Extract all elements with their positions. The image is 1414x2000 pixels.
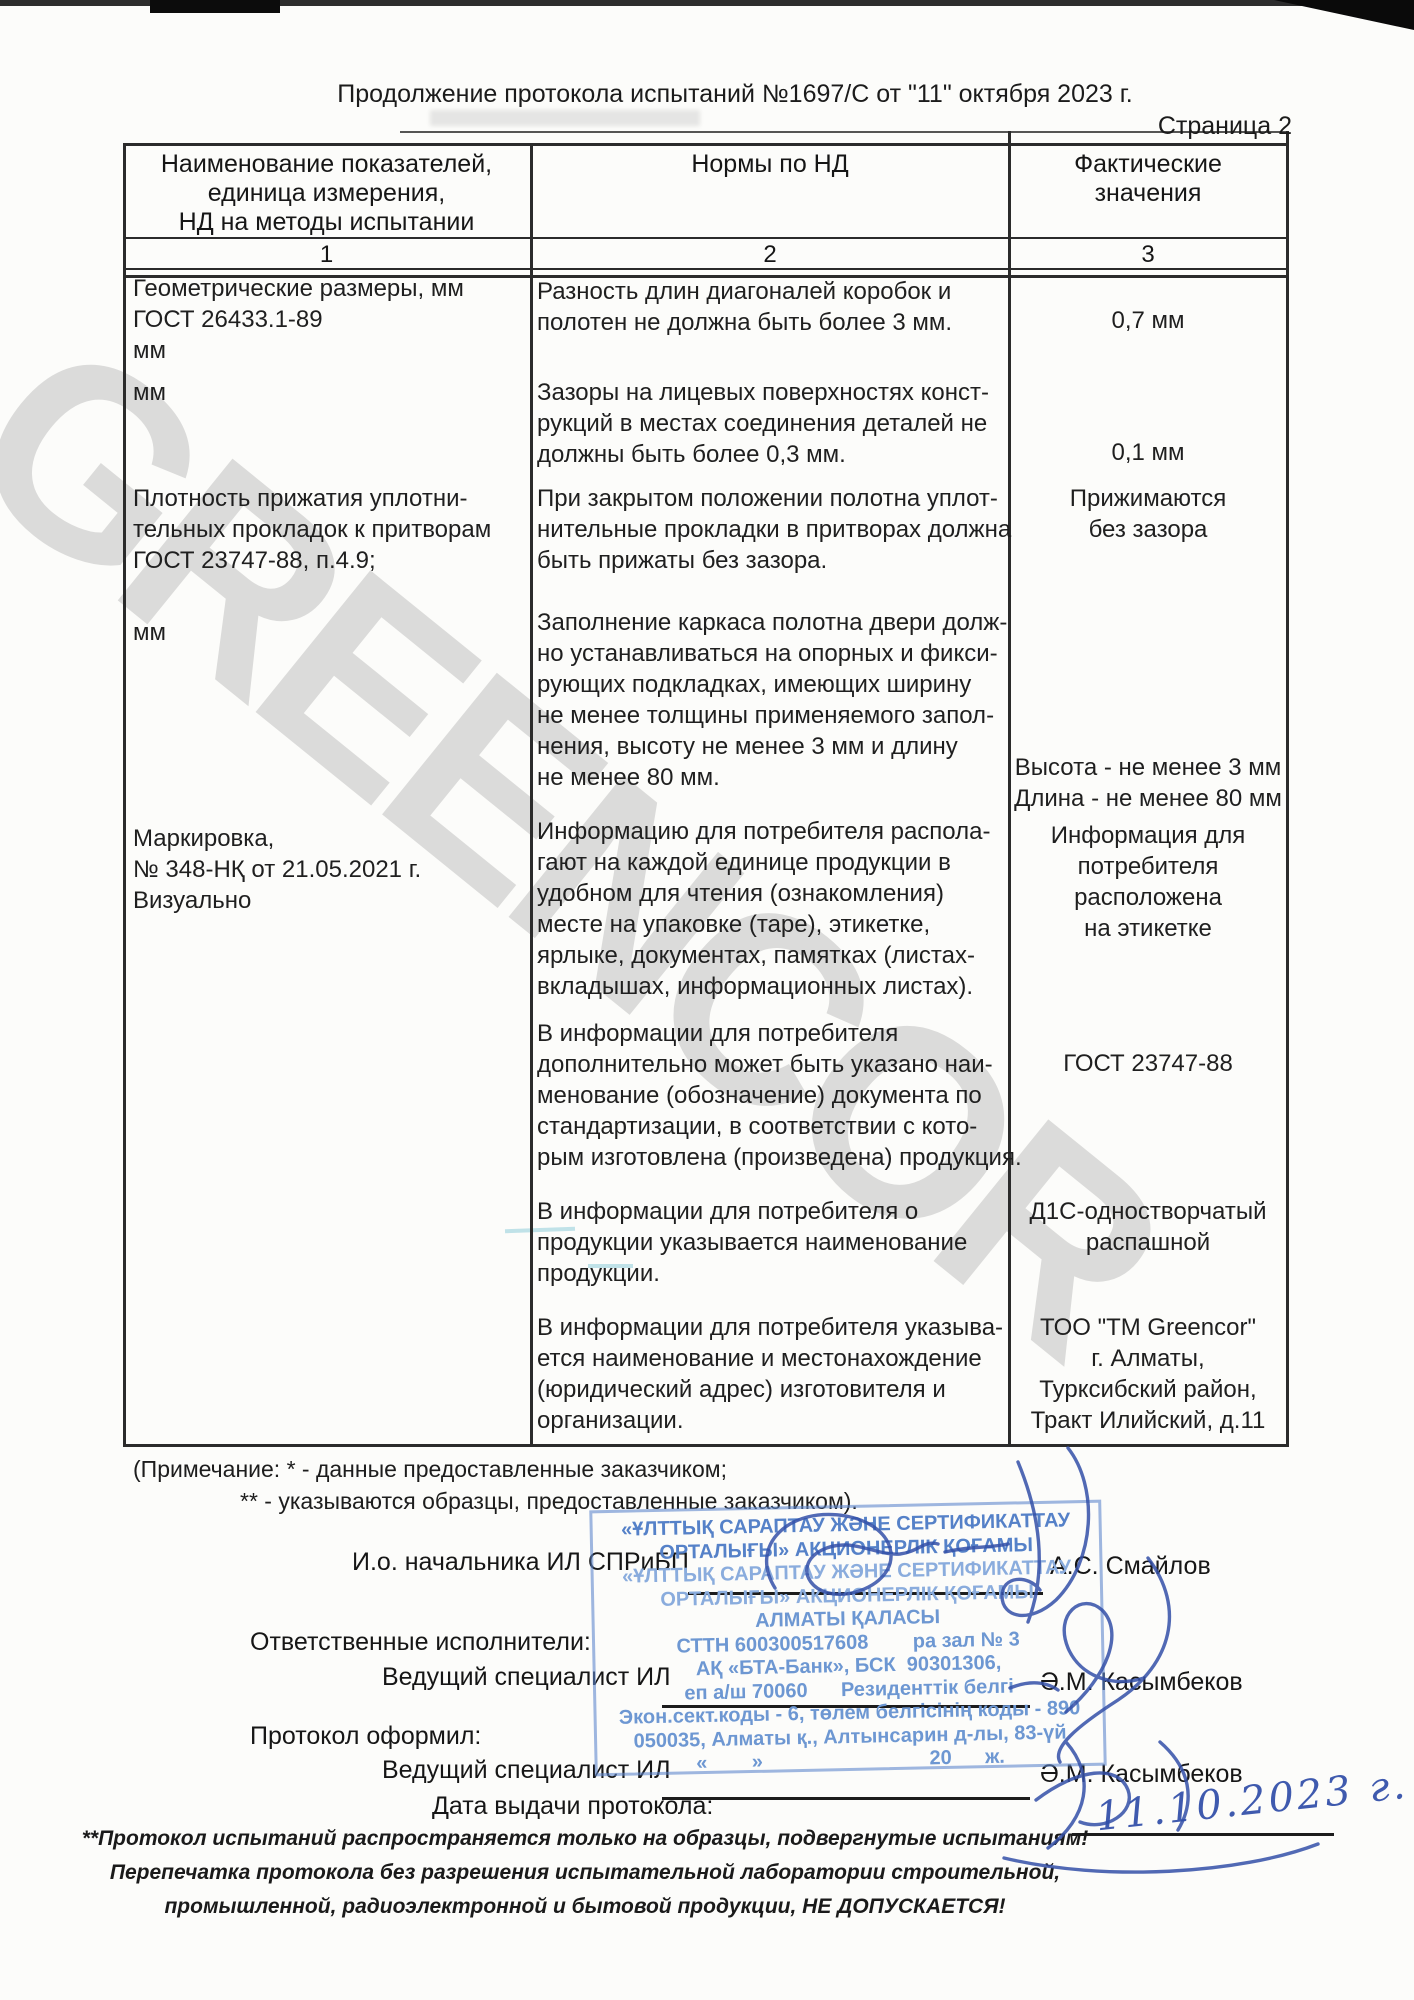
disclaimer-line-2: Перепечатка протокола без разрешения исп… bbox=[5, 1856, 1165, 1889]
table-cell: мм bbox=[133, 377, 525, 408]
table-cell-actual-value: Прижимаются без зазора bbox=[1012, 483, 1284, 545]
responsible-executors-label: Ответственные исполнители: bbox=[250, 1628, 591, 1657]
scan-bleed-artifact bbox=[430, 110, 700, 126]
table-cell: Плотность прижатия уплотни- тельных прок… bbox=[133, 483, 525, 576]
table-cell-actual-value: 0,1 мм bbox=[1012, 437, 1284, 468]
protocol-date-label: Дата выдачи протокола: bbox=[432, 1792, 713, 1821]
table-cell: При закрытом положении полотна уплот- ни… bbox=[537, 483, 1003, 576]
table-cell: Маркировка, № 348-НҚ от 21.05.2021 г. Ви… bbox=[133, 823, 525, 916]
table-header-col3: Фактические значения bbox=[1012, 150, 1284, 208]
table-cell-actual-value: Информация для потребителя расположена н… bbox=[1012, 820, 1284, 944]
table-cell-actual-value: Д1С-одностворчатый распашной bbox=[1012, 1196, 1284, 1258]
table-line bbox=[123, 143, 126, 1447]
scan-edge-artifact bbox=[150, 0, 280, 13]
scanned-protocol-page: GREENCOR Продолжение протокола испытаний… bbox=[0, 0, 1414, 2000]
table-cell: В информации для потребителя указыва- ет… bbox=[537, 1312, 1003, 1436]
table-cell: Информацию для потребителя распола- гают… bbox=[537, 816, 1003, 1002]
column-number-3: 3 bbox=[1012, 241, 1284, 269]
note-line-1: (Примечание: * - данные предоставленные … bbox=[133, 1456, 727, 1483]
disclaimer-text: Перепечатка протокола без разрешения исп… bbox=[110, 1861, 1060, 1884]
page-number: Страница 2 bbox=[1020, 112, 1292, 141]
table-line bbox=[123, 237, 1288, 239]
table-cell: В информации для потребителя дополнитель… bbox=[537, 1018, 1003, 1173]
table-cell: мм bbox=[133, 617, 525, 648]
column-number-2: 2 bbox=[535, 241, 1005, 269]
disclaimer-line-3: промышленной, радиоэлектронной и бытовой… bbox=[5, 1890, 1165, 1923]
disclaimer-text: промышленной, радиоэлектронной и бытовой… bbox=[164, 1895, 1005, 1918]
table-cell-actual-value: 0,7 мм bbox=[1012, 305, 1284, 336]
table-line bbox=[123, 143, 1288, 146]
table-header-col1: Наименование показателей, единица измере… bbox=[128, 150, 525, 237]
table-header-col2: Нормы по НД bbox=[535, 150, 1005, 179]
column-number-1: 1 bbox=[128, 241, 525, 269]
scan-corner-artifact bbox=[1274, 0, 1414, 30]
disclaimer-line-1: **Протокол испытаний распространяется то… bbox=[5, 1822, 1165, 1855]
disclaimer-text: **Протокол испытаний распространяется то… bbox=[82, 1827, 1089, 1850]
protocol-prepared-label: Протокол оформил: bbox=[250, 1722, 481, 1751]
table-cell: Разность длин диагоналей коробок и полот… bbox=[537, 276, 1003, 338]
table-cell-actual-value: Высота - не менее 3 мм Длина - не менее … bbox=[1012, 752, 1284, 814]
table-cell: В информации для потребителя о продукции… bbox=[537, 1196, 1003, 1289]
table-cell: Заполнение каркаса полотна двери долж- н… bbox=[537, 607, 1003, 793]
signature-line bbox=[662, 1797, 1030, 1800]
document-title: Продолжение протокола испытаний №1697/С … bbox=[120, 80, 1350, 109]
table-line bbox=[1286, 131, 1289, 1447]
table-cell: Зазоры на лицевых поверхностях конст- ру… bbox=[537, 377, 1003, 470]
table-cell-actual-value: ТОО "ТМ Greencor" г. Алматы, Турксибский… bbox=[1012, 1312, 1284, 1436]
organization-stamp: «ҰЛТТЫҚ САРАПТАУ ЖӘНЕ СЕРТИФИКАТТАУ ОРТА… bbox=[589, 1500, 1106, 1777]
table-line bbox=[530, 143, 533, 1447]
table-cell-actual-value: ГОСТ 23747-88 bbox=[1012, 1048, 1284, 1079]
table-line bbox=[1008, 131, 1011, 1447]
table-cell: Геометрические размеры, мм ГОСТ 26433.1-… bbox=[133, 273, 525, 366]
table-line bbox=[123, 1444, 1288, 1447]
